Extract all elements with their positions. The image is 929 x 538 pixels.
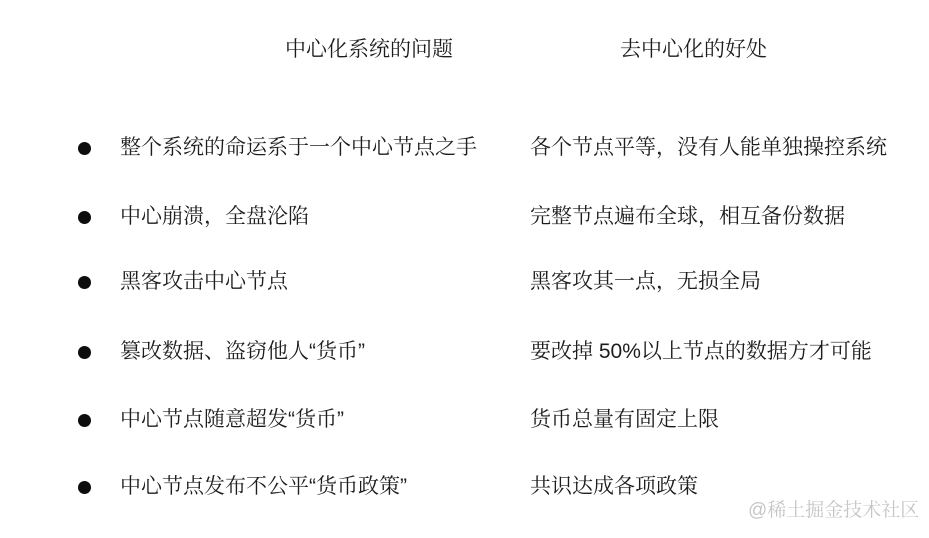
- column-header-decentralized-benefits: 去中心化的好处: [620, 37, 767, 63]
- problem-cell: 整个系统的命运系于一个中心节点之手: [120, 135, 477, 161]
- benefit-cell: 黑客攻其一点，无损全局: [530, 269, 761, 295]
- table-row: 中心崩溃，全盘沦陷 完整节点遍布全球，相互备份数据: [0, 204, 929, 230]
- table-row: 篡改数据、盗窃他人“货币” 要改掉 50%以上节点的数据方才可能: [0, 339, 929, 365]
- benefit-cell: 共识达成各项政策: [530, 474, 698, 500]
- bullet-icon: [78, 414, 91, 427]
- benefit-cell: 完整节点遍布全球，相互备份数据: [530, 204, 845, 230]
- problem-cell: 黑客攻击中心节点: [120, 269, 288, 295]
- bullet-icon: [78, 481, 91, 494]
- benefit-cell: 要改掉 50%以上节点的数据方才可能: [530, 339, 872, 365]
- problem-cell: 中心节点发布不公平“货币政策”: [120, 474, 407, 500]
- table-row: 中心节点发布不公平“货币政策” 共识达成各项政策: [0, 474, 929, 500]
- problem-cell: 篡改数据、盗窃他人“货币”: [120, 339, 365, 365]
- bullet-icon: [78, 276, 91, 289]
- problem-cell: 中心节点随意超发“货币”: [120, 407, 344, 433]
- table-row: 中心节点随意超发“货币” 货币总量有固定上限: [0, 407, 929, 433]
- table-row: 黑客攻击中心节点 黑客攻其一点，无损全局: [0, 269, 929, 295]
- benefit-cell: 货币总量有固定上限: [530, 407, 719, 433]
- column-header-centralized-problems: 中心化系统的问题: [285, 37, 453, 63]
- bullet-icon: [78, 142, 91, 155]
- watermark: @稀土掘金技术社区: [748, 499, 919, 523]
- table-row: 整个系统的命运系于一个中心节点之手 各个节点平等，没有人能单独操控系统: [0, 135, 929, 161]
- comparison-slide: 中心化系统的问题 去中心化的好处 整个系统的命运系于一个中心节点之手 各个节点平…: [0, 0, 929, 538]
- bullet-icon: [78, 346, 91, 359]
- benefit-cell: 各个节点平等，没有人能单独操控系统: [530, 135, 887, 161]
- bullet-icon: [78, 211, 91, 224]
- problem-cell: 中心崩溃，全盘沦陷: [120, 204, 309, 230]
